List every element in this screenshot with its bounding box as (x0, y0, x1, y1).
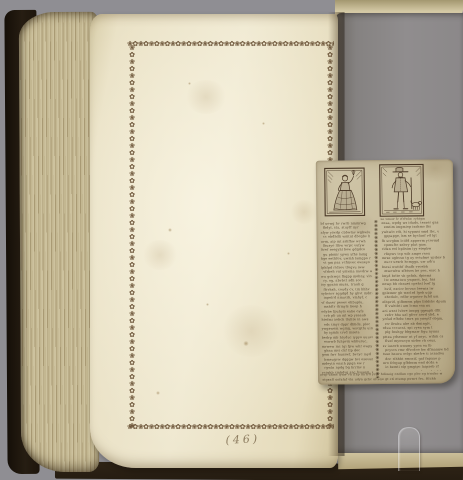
ornament-border-top: ❀✿❀✿❀✿❀✿❀✿❀✿❀✿❀✿❀✿❀✿❀✿❀✿❀✿❀✿❀✿❀✿❀✿❀✿❀✿❀✿… (127, 40, 334, 49)
ornament-border-bottom: ❀✿❀✿❀✿❀✿❀✿❀✿❀✿❀✿❀✿❀✿❀✿❀✿❀✿❀✿❀✿❀✿❀✿❀✿❀✿❀✿… (127, 423, 334, 432)
age-blotch (185, 80, 227, 114)
woodcut-man-with-dog-icon (379, 164, 425, 217)
verse-column-right-illegible: eeaa, wpdg ws iduds, teraer gns emtim im… (381, 220, 451, 371)
transparent-page-strap (398, 427, 420, 471)
age-blotch (290, 200, 318, 224)
photograph-of-open-book: ❀✿❀✿❀✿❀✿❀✿❀✿❀✿❀✿❀✿❀✿❀✿❀✿❀✿❀✿❀✿❀✿❀✿❀✿❀✿❀✿… (0, 0, 463, 480)
age-blotch (222, 305, 280, 357)
age-blotch (142, 240, 178, 270)
verse-column-left-illegible: bf uowg hv rwrb nmmrwg fbdyl, sta, stuyf… (320, 221, 373, 375)
imprint-line-illegible: otvp uhms iynw vn ifhp mrtrd ycgr hdiuei… (320, 371, 453, 382)
foxing-spot (262, 122, 265, 125)
ornament-border-left: ❀✿❀✿❀✿❀✿❀✿❀✿❀✿❀✿❀✿❀✿❀✿❀✿❀✿❀✿❀✿❀✿❀✿❀✿❀✿❀✿… (127, 44, 136, 428)
foxing-spot (206, 303, 209, 306)
column-divider-ornaments: ❀❀❀❀❀❀❀❀❀❀❀❀❀❀❀❀❀❀❀❀❀❀❀❀❀❀❀❀❀❀❀❀❀❀❀❀❀❀❀❀… (371, 220, 381, 378)
foxing-spot (287, 252, 290, 255)
foxing-spot (168, 228, 172, 232)
woodcut-woman-with-fan-icon (324, 167, 366, 216)
foxing-spot (156, 391, 160, 395)
page-block-fore-edge (19, 12, 99, 472)
ballad-leaf: ue vmow fv rfrfwlw, ryhtgm bf uowg hv rw… (316, 159, 455, 384)
